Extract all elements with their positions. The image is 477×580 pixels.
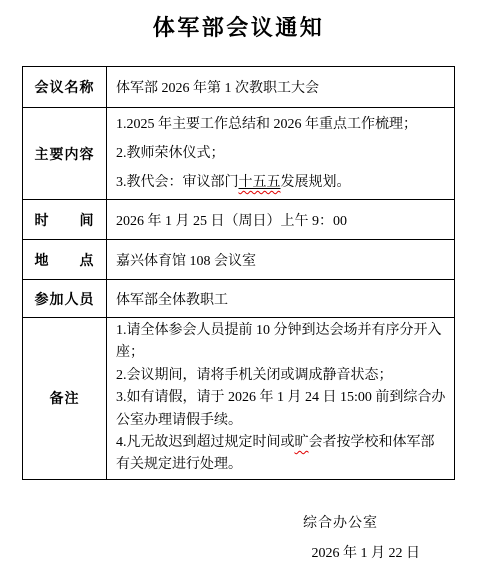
remarks-item-4-text: 4.凡无故迟到超过规定时间或 [116,435,295,450]
table-row-time: 时 间 2026 年 1 月 25 日（周日）上午 9：00 [23,200,455,240]
location-value: 嘉兴体育馆 108 会议室 [107,240,455,280]
main-content-label: 主要内容 [23,108,107,200]
table-row-remarks: 备注 1.请全体参会人员提前 10 分钟到达会场并有序分开入座； 2.会议期间，… [23,318,455,480]
underlined-term: 十五五 [239,175,281,190]
remarks-item-4: 4.凡无故迟到超过规定时间或旷会者按学校和体军部有关规定进行处理。 [116,432,448,477]
meeting-notice-document: 体军部会议通知 会议名称 体军部 2026 年第 1 次教职工大会 主要内容 1… [0,0,477,580]
participants-label: 参加人员 [23,280,107,318]
signature-office: 综合办公室 [303,512,378,532]
table-row-main-content: 主要内容 1.2025 年主要工作总结和 2026 年重点工作梳理； 2.教师荣… [23,108,455,200]
main-content-item-3: 3.教代会：审议部门十五五发展规划。 [116,168,448,197]
main-content-item-3-tail: 发展规划。 [281,175,351,190]
spellcheck-wavy-underline: 旷 [295,435,309,450]
notice-table: 会议名称 体军部 2026 年第 1 次教职工大会 主要内容 1.2025 年主… [22,66,455,480]
location-label: 地 点 [23,240,107,280]
time-label: 时 间 [23,200,107,240]
remarks-value: 1.请全体参会人员提前 10 分钟到达会场并有序分开入座； 2.会议期间，请将手… [107,318,455,480]
remarks-item-2: 2.会议期间，请将手机关闭或调成静音状态； [116,365,448,387]
spellchecked-char: 旷 [295,435,309,450]
main-content-item-1: 1.2025 年主要工作总结和 2026 年重点工作梳理； [116,110,448,139]
time-value: 2026 年 1 月 25 日（周日）上午 9：00 [107,200,455,240]
main-content-item-3-text: 3.教代会：审议部门 [116,175,239,190]
meeting-name-label: 会议名称 [23,67,107,108]
table-row-meeting-name: 会议名称 体军部 2026 年第 1 次教职工大会 [23,67,455,108]
table-row-participants: 参加人员 体军部全体教职工 [23,280,455,318]
participants-value: 体军部全体教职工 [107,280,455,318]
page-title: 体军部会议通知 [0,13,477,43]
table-row-location: 地 点 嘉兴体育馆 108 会议室 [23,240,455,280]
signature-date: 2026 年 1 月 22 日 [312,542,421,562]
remarks-label: 备注 [23,318,107,480]
remarks-item-3: 3.如有请假，请于 2026 年 1 月 24 日 15:00 前到综合办公室办… [116,387,448,432]
main-content-item-2: 2.教师荣休仪式； [116,139,448,168]
remarks-item-1: 1.请全体参会人员提前 10 分钟到达会场并有序分开入座； [116,320,448,365]
main-content-value: 1.2025 年主要工作总结和 2026 年重点工作梳理； 2.教师荣休仪式； … [107,108,455,200]
spellcheck-wavy-underline: 十五五 [239,175,281,190]
meeting-name-value: 体军部 2026 年第 1 次教职工大会 [107,67,455,108]
